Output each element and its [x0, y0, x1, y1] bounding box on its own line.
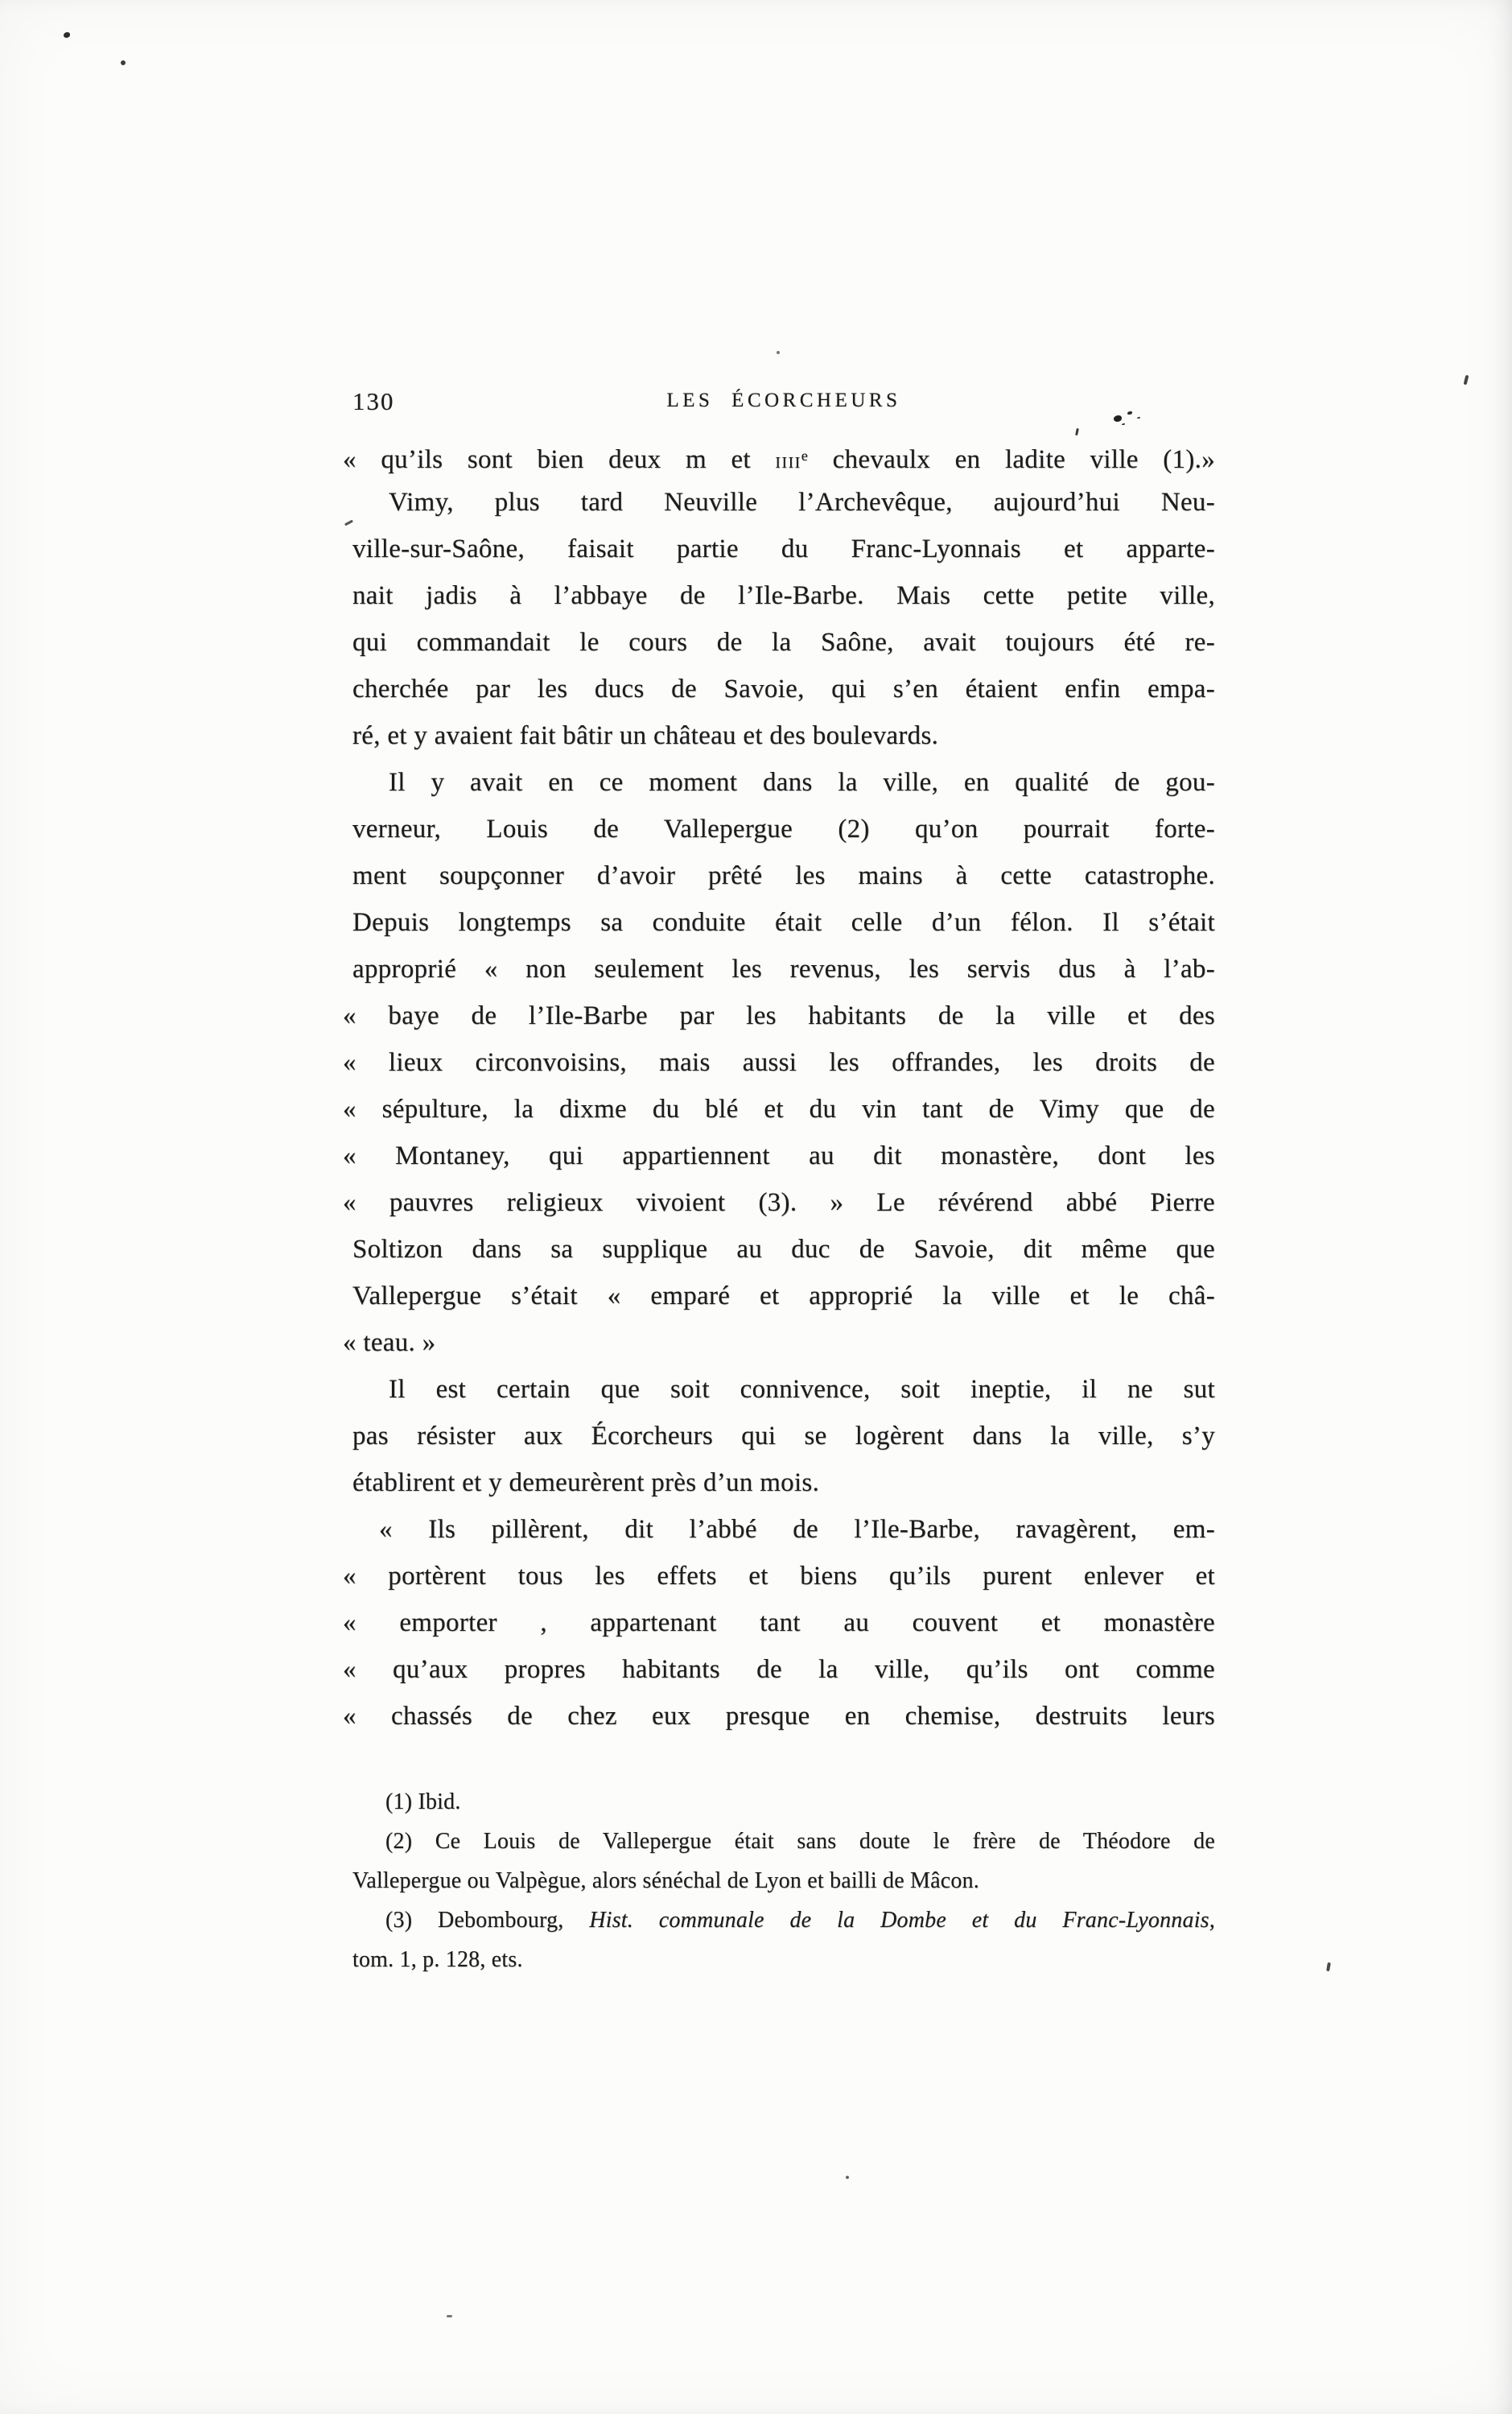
running-header: LES ÉCORCHEURS: [352, 390, 1215, 412]
scanned-book-page: 130 LES ÉCORCHEURS « qu’ils sont bien de…: [0, 0, 1512, 2414]
text-line: ment soupçonner d’avoir prêté les mains …: [352, 852, 1215, 899]
body-text: « qu’ils sont bien deux m et iiiie cheva…: [352, 432, 1215, 1739]
text-line: Il est certain que soit connivence, soit…: [352, 1366, 1215, 1413]
text-line: ville-sur-Saône, faisait partie du Franc…: [352, 526, 1215, 572]
text-line: « baye de l’Ile-Barbe par les habitants …: [352, 992, 1215, 1039]
roman-numeral: iiii: [775, 454, 801, 472]
text-line: cherchée par les ducs de Savoie, qui s’e…: [352, 666, 1215, 712]
book-title-italic: Hist. communale de la Dombe et du Franc-…: [589, 1908, 1215, 1933]
scan-speck: [64, 32, 70, 38]
text-line: « pauvres religieux vivoient (3). » Le r…: [352, 1179, 1215, 1226]
text-line: Vimy, plus tard Neuville l’Archevêque, a…: [352, 479, 1215, 526]
text-line: qui commandait le cours de la Saône, ava…: [352, 619, 1215, 666]
text-line: ré, et y avaient fait bâtir un château e…: [352, 712, 1215, 759]
text-line: « qu’aux propres habitants de la ville, …: [352, 1646, 1215, 1693]
text-segment: chevaulx en ladite ville (1).»: [808, 445, 1215, 474]
footnote-3-line-1: (3) Debombourg, Hist. communale de la Do…: [352, 1900, 1215, 1940]
footnote-3-line-2: tom. 1, p. 128, ets.: [352, 1940, 1215, 1979]
text-line: Il y avait en ce moment dans la ville, e…: [352, 759, 1215, 806]
text-line: nait jadis à l’abbaye de l’Ile-Barbe. Ma…: [352, 572, 1215, 619]
text-line: approprié « non seulement les revenus, l…: [352, 946, 1215, 992]
text-line: « emporter , appartenant tant au couvent…: [352, 1599, 1215, 1646]
scan-speck: [1326, 1962, 1331, 1972]
text-line: « portèrent tous les effets et biens qu’…: [352, 1553, 1215, 1599]
text-line: « Montaney, qui appartiennent au dit mon…: [352, 1133, 1215, 1179]
scan-speck: [846, 2176, 849, 2179]
footnote-1: (1) Ibid.: [352, 1782, 1215, 1822]
footnote-2-line-1: (2) Ce Louis de Vallepergue était sans d…: [352, 1822, 1215, 1861]
scan-speck: [1464, 375, 1469, 386]
text-line: « Ils pillèrent, dit l’abbé de l’Ile-Bar…: [352, 1506, 1215, 1553]
text-line: « qu’ils sont bien deux m et iiiie cheva…: [352, 432, 1215, 479]
ink-smudge: [1114, 415, 1122, 422]
text-segment: « qu’ils sont bien deux m et: [343, 445, 775, 474]
superscript-e: e: [801, 448, 808, 464]
text-line: verneur, Louis de Vallepergue (2) qu’on …: [352, 806, 1215, 852]
text-line: « sépulture, la dixme du blé et du vin t…: [352, 1086, 1215, 1133]
text-line: « lieux circonvoisins, mais aussi les of…: [352, 1039, 1215, 1086]
text-line: « chassés de chez eux presque en chemise…: [352, 1693, 1215, 1739]
footnote-2-line-2: Vallepergue ou Valpègue, alors sénéchal …: [352, 1861, 1215, 1900]
text-line: Soltizon dans sa supplique au duc de Sav…: [352, 1226, 1215, 1273]
scan-speck: [777, 351, 780, 354]
scan-speck: [121, 60, 126, 65]
text-line: Vallepergue s’était « emparé et appropri…: [352, 1273, 1215, 1319]
scan-speck: [447, 2315, 452, 2317]
text-line: pas résister aux Écorcheurs qui se logèr…: [352, 1413, 1215, 1459]
text-line: établirent et y demeurèrent près d’un mo…: [352, 1459, 1215, 1506]
footnote-text: (3) Debombourg,: [385, 1908, 589, 1933]
footnotes-section: (1) Ibid. (2) Ce Louis de Vallepergue ét…: [352, 1782, 1215, 1979]
text-line: Depuis longtemps sa conduite était celle…: [352, 899, 1215, 946]
text-line: « teau. »: [352, 1319, 1215, 1366]
